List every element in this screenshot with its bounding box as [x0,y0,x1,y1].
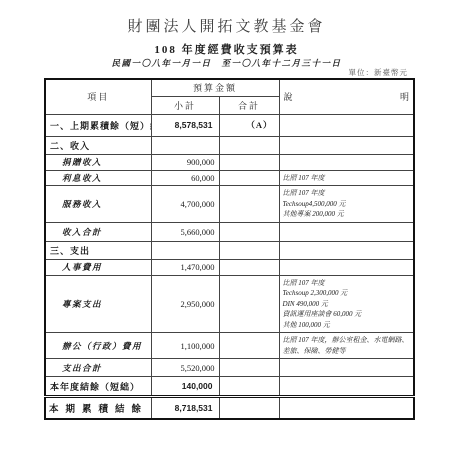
table-row: 三、支出 [45,241,414,259]
note-cell [279,222,414,241]
item-cell: 收入合計 [45,222,151,241]
item-cell: 捐贈收入 [45,154,151,170]
total-cell [219,397,279,419]
subtotal-cell: 2,950,000 [151,275,219,333]
note-cell [279,136,414,154]
total-cell [219,259,279,275]
subtotal-cell: 5,520,000 [151,359,219,377]
subtotal-cell [151,136,219,154]
item-cell: 人事費用 [45,259,151,275]
table-row: 本期累積結餘 8,718,531 [45,397,414,419]
header-item: 項目 [45,79,151,114]
table-row: 辦公（行政）費用 1,100,000 比照 107 年度，辦公室租金、水電網路、… [45,333,414,359]
item-cell: 支出合計 [45,359,151,377]
subtotal-cell: 140,000 [151,377,219,397]
subtotal-cell: 5,660,000 [151,222,219,241]
total-cell [219,333,279,359]
table-row: 本年度結餘（短絀） 140,000 [45,377,414,397]
table-row: 捐贈收入 900,000 [45,154,414,170]
table-row: 一、上期累積餘（短）絀 8,578,531 （A） [45,114,414,136]
budget-table: 項目 預算金額 說 明 小計 合計 一、上期累積餘（短）絀 8,578,531 … [44,78,415,420]
table-row: 利息收入 60,000 比照 107 年度 [45,170,414,186]
subtotal-cell: 4,700,000 [151,186,219,223]
note-cell [279,259,414,275]
subtotal-cell: 8,578,531 [151,114,219,136]
item-cell: 利息收入 [45,170,151,186]
total-cell [219,275,279,333]
item-cell: 辦公（行政）費用 [45,333,151,359]
subtotal-cell: 60,000 [151,170,219,186]
organization-title: 財團法人開拓文教基金會 [0,15,453,36]
total-cell [219,241,279,259]
total-cell [219,359,279,377]
table-row: 專案支出 2,950,000 比照 107 年度 Techsoup 2,300,… [45,275,414,333]
subtotal-cell [151,241,219,259]
subtotal-cell: 900,000 [151,154,219,170]
item-cell: 專案支出 [45,275,151,333]
subtotal-cell: 1,470,000 [151,259,219,275]
table-row: 收入合計 5,660,000 [45,222,414,241]
total-cell [219,154,279,170]
header-budget-amount: 預算金額 [151,79,279,96]
budget-document-page: 財團法人開拓文教基金會 108 年度經費收支預算表 民國一〇八年一月一日 至一〇… [0,0,453,453]
note-cell: 比照 107 年度 Techsoup4,500,000 元 其他專案 200,0… [279,186,414,223]
header-total: 合計 [219,96,279,114]
table-header-row: 項目 預算金額 說 明 [45,79,414,96]
note-cell: 比照 107 年度 Techsoup 2,300,000 元 DIN 490,0… [279,275,414,333]
total-cell [219,186,279,223]
note-cell [279,377,414,397]
total-cell [219,136,279,154]
currency-unit-label: 單位：新臺幣元 [349,67,409,78]
note-cell [279,359,414,377]
note-cell: 比照 107 年度 [279,170,414,186]
table-row: 服務收入 4,700,000 比照 107 年度 Techsoup4,500,0… [45,186,414,223]
total-cell [219,377,279,397]
item-cell: 二、收入 [45,136,151,154]
table-row: 二、收入 [45,136,414,154]
total-cell [219,170,279,186]
note-cell [279,241,414,259]
note-cell [279,397,414,419]
note-cell [279,114,414,136]
total-cell: （A） [219,114,279,136]
total-cell [219,222,279,241]
header-note: 說 明 [279,79,414,114]
table-row: 支出合計 5,520,000 [45,359,414,377]
item-cell: 服務收入 [45,186,151,223]
note-cell [279,154,414,170]
header-note-right: 明 [400,90,409,103]
document-subtitle: 108 年度經費收支預算表 [0,41,453,57]
item-cell: 本期累積結餘 [45,397,151,419]
table-row: 人事費用 1,470,000 [45,259,414,275]
item-cell: 本年度結餘（短絀） [45,377,151,397]
subtotal-cell: 8,718,531 [151,397,219,419]
item-cell: 三、支出 [45,241,151,259]
header-note-left: 說 [284,90,293,103]
note-cell: 比照 107 年度，辦公室租金、水電網路、差旅、保險、勞健等 [279,333,414,359]
header-subtotal: 小計 [151,96,219,114]
subtotal-cell: 1,100,000 [151,333,219,359]
item-cell: 一、上期累積餘（短）絀 [45,114,151,136]
